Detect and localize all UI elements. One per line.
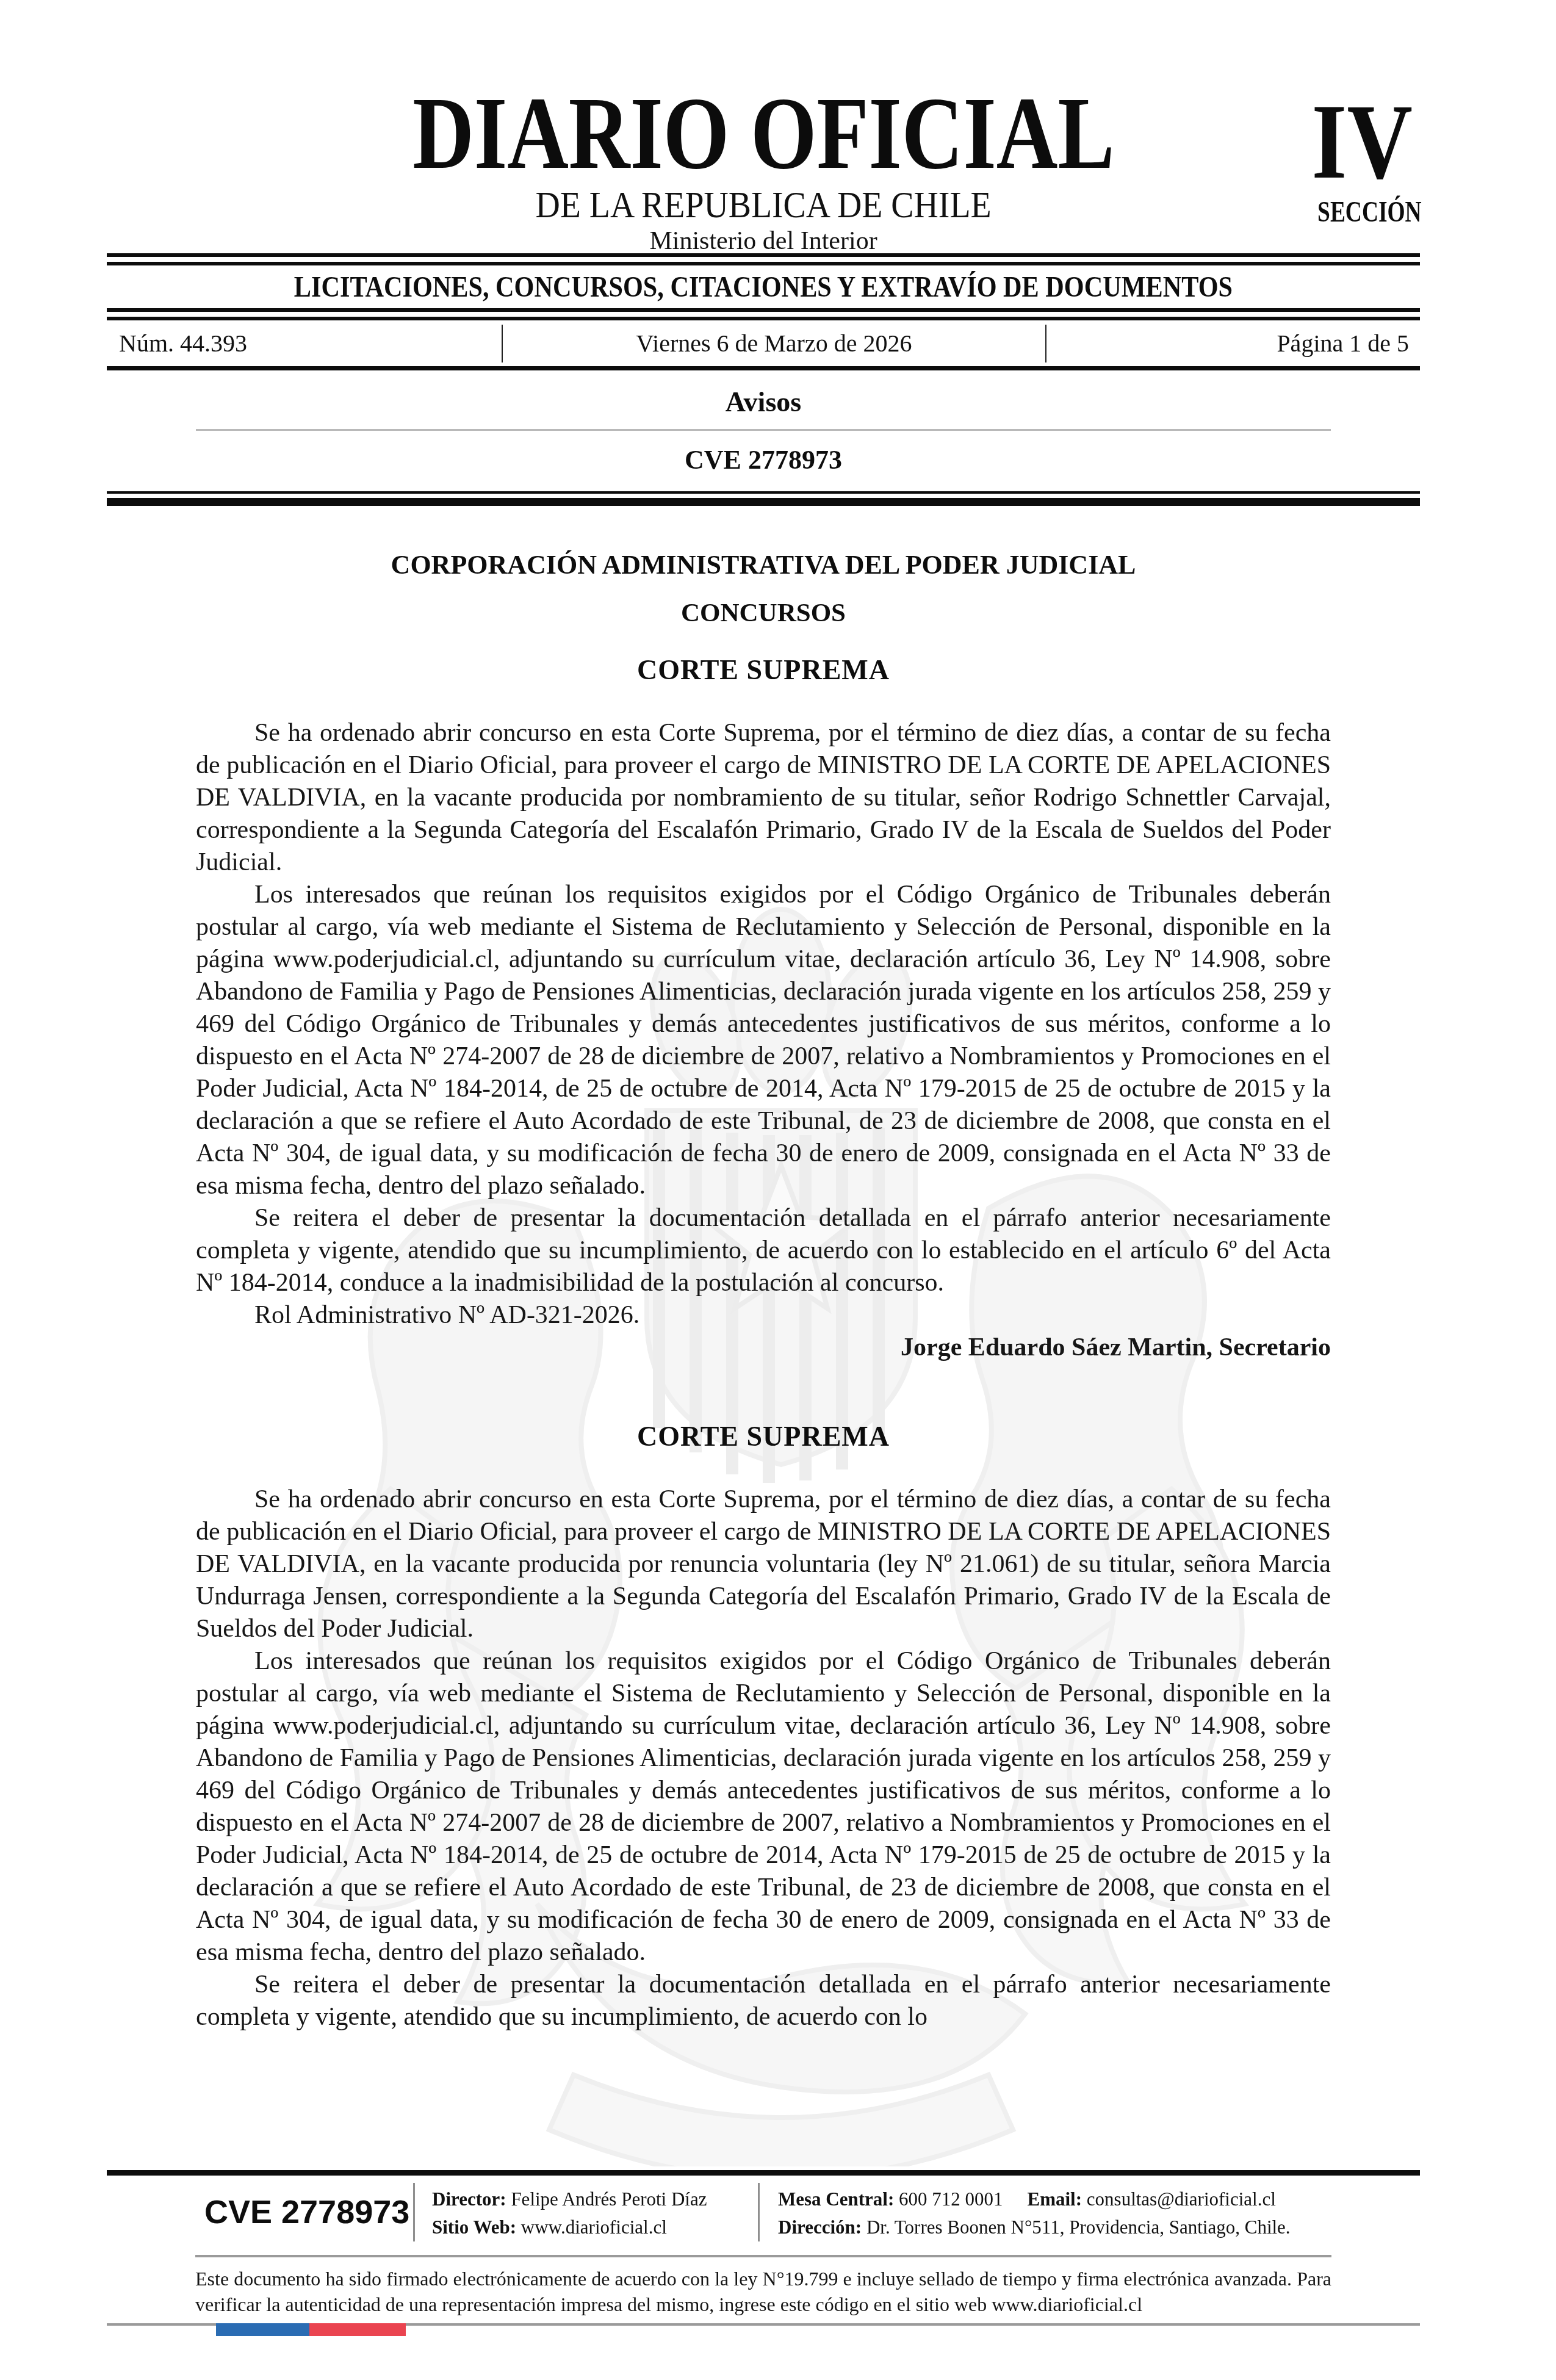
footer-bottom-rule xyxy=(107,2323,1420,2326)
footer-cve: CVE 2778973 xyxy=(107,2183,415,2241)
notice-1-body: Se ha ordenado abrir concurso en esta Co… xyxy=(196,717,1331,1364)
page-indicator: Página 1 de 5 xyxy=(1046,325,1420,362)
footer-info-row: CVE 2778973 Director: Felipe Andrés Pero… xyxy=(107,2176,1420,2250)
notice-1-paragraph-2: Los interesados que reúnan los requisito… xyxy=(196,879,1331,1202)
website-label: Sitio Web: xyxy=(432,2216,516,2238)
section-roman-numeral: IV xyxy=(1303,92,1416,192)
footer-top-rule xyxy=(107,2170,1420,2176)
notice-2-body: Se ha ordenado abrir concurso en esta Co… xyxy=(196,1484,1331,2033)
header-double-rule-top xyxy=(107,253,1420,265)
notice-1-rol-line: Rol Administrativo Nº AD-321-2026. xyxy=(196,1299,1331,1332)
thin-thick-rule xyxy=(107,491,1420,506)
address-value: Dr. Torres Boonen N°511, Providencia, Sa… xyxy=(866,2216,1291,2238)
notice-1: CORTE SUPREMA Se ha ordenado abrir concu… xyxy=(196,655,1331,1364)
cve-heading: CVE 2778973 xyxy=(107,444,1420,476)
avisos-heading: Avisos xyxy=(107,386,1420,418)
masthead-title-text: DIARIO OFICIAL xyxy=(412,78,1114,188)
masthead-subtitle: DE LA REPUBLICA DE CHILE xyxy=(107,184,1420,226)
notice-2-paragraph-3: Se reitera el deber de presentar la docu… xyxy=(196,1969,1331,2033)
footer-address-line: Dirección: Dr. Torres Boonen N°511, Prov… xyxy=(778,2213,1420,2241)
section-badge: IV SECCIÓN xyxy=(1303,92,1416,229)
flag-red-block xyxy=(309,2323,406,2336)
masthead-ministry: Ministerio del Interior xyxy=(107,227,1420,255)
flag-blue-block xyxy=(216,2323,309,2336)
address-label: Dirección: xyxy=(778,2216,862,2238)
notice-2: CORTE SUPREMA Se ha ordenado abrir concu… xyxy=(196,1421,1331,2033)
notice-column: CORTE SUPREMA Se ha ordenado abrir concu… xyxy=(196,655,1331,2033)
notice-2-paragraph-1: Se ha ordenado abrir concurso en esta Co… xyxy=(196,1484,1331,1645)
director-value: Felipe Andrés Peroti Díaz xyxy=(511,2188,707,2210)
footer-phone-email-line: Mesa Central: 600 712 0001Email: consult… xyxy=(778,2185,1420,2213)
phone-value: 600 712 0001 xyxy=(899,2188,1003,2210)
website-value: www.diarioficial.cl xyxy=(521,2216,667,2238)
issue-meta-row: Núm. 44.393 Viernes 6 de Marzo de 2026 P… xyxy=(107,320,1420,366)
page-footer: CVE 2778973 Director: Felipe Andrés Pero… xyxy=(107,2170,1420,2326)
issue-date: Viernes 6 de Marzo de 2026 xyxy=(503,325,1046,362)
footer-gray-rule xyxy=(195,2255,1331,2257)
footer-website-line: Sitio Web: www.diarioficial.cl xyxy=(432,2213,758,2241)
section-label: SECCIÓN xyxy=(1303,196,1416,229)
notice-2-paragraph-2: Los interesados que reúnan los requisito… xyxy=(196,1645,1331,1969)
notice-1-heading: CORTE SUPREMA xyxy=(196,655,1331,685)
notice-2-heading: CORTE SUPREMA xyxy=(196,1421,1331,1452)
phone-label: Mesa Central: xyxy=(778,2188,894,2210)
issue-number: Núm. 44.393 xyxy=(107,325,503,362)
avisos-divider xyxy=(196,429,1331,431)
email-label: Email: xyxy=(1028,2188,1082,2210)
gazette-page: DIARIO OFICIAL DE LA REPUBLICA DE CHILE … xyxy=(0,0,1556,2380)
masthead: DIARIO OFICIAL DE LA REPUBLICA DE CHILE … xyxy=(107,0,1420,253)
organization-heading: CORPORACIÓN ADMINISTRATIVA DEL PODER JUD… xyxy=(107,550,1420,580)
notice-1-paragraph-1: Se ha ordenado abrir concurso en esta Co… xyxy=(196,717,1331,879)
email-value: consultas@diarioficial.cl xyxy=(1087,2188,1276,2210)
header-double-rule-bottom xyxy=(107,308,1420,320)
masthead-title: DIARIO OFICIAL xyxy=(107,78,1420,188)
notice-1-paragraph-3: Se reitera el deber de presentar la docu… xyxy=(196,1202,1331,1299)
director-label: Director: xyxy=(432,2188,506,2210)
footer-director-line: Director: Felipe Andrés Peroti Díaz xyxy=(432,2185,758,2213)
footer-director-block: Director: Felipe Andrés Peroti Díaz Siti… xyxy=(415,2183,760,2241)
section-band-title: LICITACIONES, CONCURSOS, CITACIONES Y EX… xyxy=(107,265,1420,308)
meta-bottom-rule xyxy=(107,366,1420,370)
footer-legal-text: Este documento ha sido firmado electróni… xyxy=(195,2266,1331,2317)
notice-1-signature: Jorge Eduardo Sáez Martin, Secretario xyxy=(196,1332,1331,1364)
concursos-heading: CONCURSOS xyxy=(107,599,1420,628)
footer-contact-block: Mesa Central: 600 712 0001Email: consult… xyxy=(760,2183,1420,2241)
